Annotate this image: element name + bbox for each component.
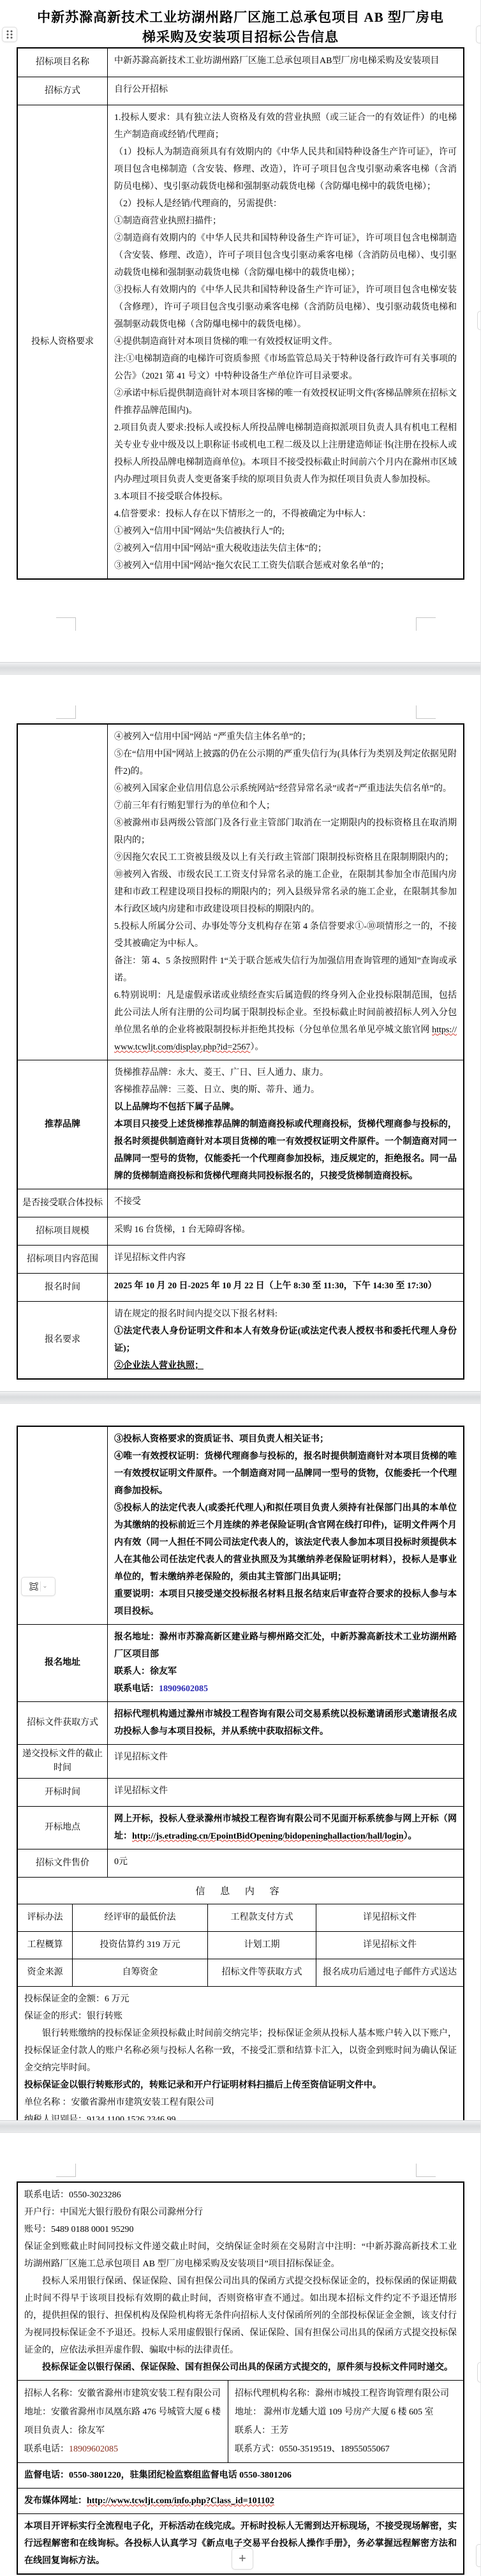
text-run: 项目负责人：徐友军 [24,2426,105,2436]
paragraph: ⑥被列入国家企业信用信息公示系统网站“经营异常名录”或者“严重违法失信名单”的。 [114,780,457,797]
paragraph: 联系电话：0550-3023286 [24,2187,457,2204]
paragraph: 自行公开招标 [114,81,457,98]
page-separator [0,1391,481,1404]
paragraph: 账号：5489 0188 0001 95290 [24,2221,457,2238]
row-content-cell: 网上开标，投标人登录滁州市城投工程咨询有限公司不见面开标系统参与网上开标（网址：… [108,1807,463,1849]
text-run: 4.信誉要求：投标人存在以下情形之一的，不得被确定为中标人： [114,509,371,519]
paragraph: 项目负责人：徐友军 [24,2422,221,2440]
text-run: 以上品牌均不包括下属子品牌。 [114,1103,239,1112]
text-run: ③投标人资格要求的资质证书、项目负责人相关证书； [114,1435,329,1444]
table-row: 招标文件获取方式招标代理机构通过滁州市城投工程咨询有限公司交易系统以投标邀请函形… [18,1701,463,1744]
row-label-cell: 招标文件售价 [18,1849,108,1877]
full-width-cell: 发布媒体网址：http://www.tcwljt.com/info.php?Cl… [18,2489,463,2513]
text-run: ③投标人有效期内的《中华人民共和国特种设备生产许可证》，许可项目包含电梯安装（含… [114,285,457,329]
text-run: 银行转账缴纳的投标保证金须投标截止时间前交纳完毕；投标保证金须从投标人基本账户转… [24,2029,457,2073]
row-content-cell: ④被列入“信用中国”网站 “严重失信主体名单”的；⑤在“信用中国”网站上披露的仍… [108,725,463,1060]
full-width-cell: 联系电话：0550-3023286开户行：中国光大银行股份有限公司滁州分行账号：… [18,2183,463,2380]
paragraph: 本项目只接受上述货梯推荐品牌的制造商投标或代理商投标，货梯代理商参与投标的，报名… [114,1116,457,1185]
paragraph: 1.投标人要求：具有独立法人资格及有效的营业执照（或三证合一的有效证件）的电梯生… [114,109,457,144]
info-label-cell: 评标办法 [18,1904,73,1931]
paragraph: 以上品牌均不包括下属子品牌。 [114,1099,457,1116]
text-run: 招标代理机构名称：滁州市城投工程咨询管理有限公司 [235,2389,449,2399]
paragraph: 投标保证金以银行保函、保证保险、国有担保公司出具的保函方式提交的，原件须与投标文… [24,2359,457,2376]
paragraph: 招标人名称：安徽省滁州市建筑安装工程有限公司 [24,2384,221,2403]
text-run: 招标代理机构通过滁州市城投工程咨询有限公司交易系统以投标邀请函形式邀请报名成功投… [114,1710,457,1736]
text-run: ①法定代表人身份证明文件和本人有效身份证(或法定代表人授权书和委托代理人身份证)… [114,1327,457,1353]
info-label-cell: 招标文件等获取方式 [208,1959,316,1986]
row-content-cell: 详见招标文件 [108,1779,463,1806]
table-row: 招标项目名称中新苏滁高新技术工业坊湖州路厂区施工总承包项目AB型厂房电梯采购及安… [18,49,463,77]
text-run: 1.投标人要求：具有独立法人资格及有效的营业执照（或三证合一的有效证件）的电梯生… [114,113,457,140]
table-row: 发布媒体网址：http://www.tcwljt.com/info.php?Cl… [18,2488,463,2513]
paragraph: ③投标人有效期内的《中华人民共和国特种设备生产许可证》，许可项目包含电梯安装（含… [114,282,457,333]
text-run: ）。 [404,1832,417,1841]
row-label-cell: 推荐品牌 [18,1060,108,1189]
paragraph: 不接受 [114,1193,457,1210]
agency-info-cell: 招标代理机构名称：滁州市城投工程咨询管理有限公司地址： 滁州市龙蟠大道 109 … [228,2381,463,2462]
paragraph: 采购 16 台货梯，1 台无障碍客梯。 [114,1221,457,1239]
table-row: 是否接受联合体投标不接受 [18,1189,463,1217]
document-title: 中新苏滁高新技术工业坊湖州路厂区施工总承包项目 AB 型厂房电梯采购及安装项目招… [36,0,445,47]
paragraph: 网上开标，投标人登录滁州市城投工程咨询有限公司不见面开标系统参与网上开标（网址：… [114,1811,457,1845]
margin-crop-mark [56,705,76,719]
paragraph: 联系电话：18909602085 [24,2440,221,2459]
paragraph: 0元 [114,1853,457,1871]
text-run: （1）投标人为制造商须具有有效期内的《中华人民共和国特种设备生产许可证》，许可项… [114,147,457,192]
text-run: ④被列入“信用中国”网站 “严重失信主体名单”的； [114,732,311,742]
table-row: 招标项目内容范围详见招标文件内容 [18,1245,463,1273]
paragraph: ①制造商营业执照扫描件； [114,213,457,230]
announcement-table: 招标项目名称中新苏滁高新技术工业坊湖州路厂区施工总承包项目AB型厂房电梯采购及安… [17,47,464,580]
announcement-table: 联系电话：0550-3023286开户行：中国光大银行股份有限公司滁州分行账号：… [17,2181,464,2575]
section-header: 信 息 内 容 [18,1878,463,1904]
paragraph: 2.项目负责人要求:投标人或投标人所投品牌电梯制造商拟派项目负责人具有机电工程相… [114,419,457,488]
url-text: http://www.tcwljt.com/info.php?Class_id=… [87,2496,274,2506]
info-value-cell: 详见招标文件 [316,1932,463,1959]
paragraph: ⑤在“信用中国”网站上披露的仍在公示期的严重失信行为(具体行为类别及判定依据见附… [114,746,457,780]
row-content-cell: 详见招标文件内容 [108,1246,463,1273]
text-run: 地址：安徽省滁州市凤凰东路 476 号城管大厦 6 楼 [24,2407,221,2417]
paragraph: ③被列入“信用中国”网站“拖欠农民工工资失信联合惩戒对象名单”的； [114,557,457,575]
table-row: 报名时间2025 年 10 月 20 日-2025 年 10 月 22 日（上午… [18,1273,463,1301]
info-value-cell: 经评审的最低价法 [73,1904,208,1931]
paragraph: 投标保证金的金额：6 万元 [24,1991,457,2008]
paragraph: ①法定代表人身份证明文件和本人有效身份证(或法定代表人授权书和委托代理人身份证)… [114,1323,457,1357]
side-toolbar-button-partial[interactable] [476,26,481,43]
row-label-cell: 招标文件获取方式 [18,1702,108,1744]
paragraph: 详见招标文件 [114,1782,457,1800]
paragraph: 备注：第 4、5 条按照附件 1“关于联合惩戒失信行为加强信用查询管理的通知”查… [114,953,457,987]
row-label-cell: 开标时间 [18,1779,108,1806]
url-text: http://js.etrading.cn/EpointBidOpening/b… [132,1832,404,1841]
text-run: 5.投标人所属分公司、办事处等分支机构存在第 4 条信誉要求①-⑩项情形之一的，… [114,922,457,949]
paragraph: 单位名称 ：安徽省滁州市建筑安装工程有限公司 [24,2094,457,2111]
text-run: 联系方式：0550-3519519、18955055067 [235,2444,390,2454]
paragraph: 详见招标文件内容 [114,1249,457,1267]
text-run: 不接受 [114,1197,141,1207]
text-run: 账号：5489 0188 0001 95290 [24,2225,134,2234]
row-label-cell [18,725,108,1060]
text-run: 投标人采用银行保函、保证保险、国有担保公司出具的保函方式提交投标保证金的，投标保… [24,2277,457,2355]
drag-dots-icon [6,29,13,40]
table-row: 投标保证金的金额：6 万元保证金的形式：银行转账银行转账缴纳的投标保证金须投标截… [18,1986,463,2120]
info-value-cell: 投资估算约 319 万元 [73,1932,208,1959]
text-run: 地址： 滁州市龙蟠大道 109 号房产大厦 6 楼 605 室 [235,2407,434,2417]
side-toolbar-button-partial[interactable] [477,311,481,330]
text-run: ⑥被列入国家企业信用信息公示系统网站“经营异常名录”或者“严重违法失信名单”的。 [114,784,452,794]
table-row: ④被列入“信用中国”网站 “严重失信主体名单”的；⑤在“信用中国”网站上披露的仍… [18,725,463,1060]
paragraph: 开户行：中国光大银行股份有限公司滁州分行 [24,2204,457,2221]
row-label-cell: 开标地点 [18,1807,108,1849]
row-content-cell: 中新苏滁高新技术工业坊湖州路厂区施工总承包项目AB型厂房电梯采购及安装项目 [108,49,463,77]
row-content-cell: 0元 [108,1849,463,1877]
text-run: ⑨因拖欠农民工工资被县级及以上有关行政主管部门限制投标资格且在限制期限内的； [114,853,454,862]
text-run: 保证金到账截止时间同投标文件递交截止时间，交纳保证金时须在交易附言中注明：“中新… [24,2242,457,2269]
text-run: 6.特别说明：凡是虚假承诺或业绩经查实后属造假的终身列入企业投标限制范围，包括此… [114,991,457,1035]
add-content-button[interactable]: + [232,2548,253,2570]
paragraph: 地址： 滁州市龙蟠大道 109 号房产大厦 6 楼 605 室 [235,2403,457,2422]
paragraph: ②企业法人营业执照； [114,1357,457,1375]
paragraph: 3.本项目不接受联合体投标。 [114,488,457,506]
announcement-table: ④被列入“信用中国”网站 “严重失信主体名单”的；⑤在“信用中国”网站上披露的仍… [17,723,464,1380]
paragraph: 报名地址：滁州市苏滁高新区建业路与柳州路交汇处，中新苏滁高新技术工业坊湖州路厂区… [114,1629,457,1663]
table-row: ③投标人资格要求的资质证书、项目负责人相关证书；④唯一有效授权证明：货梯代理商参… [18,1427,463,1624]
paragraph: （1）投标人为制造商须具有有效期内的《中华人民共和国特种设备生产许可证》，许可项… [114,144,457,195]
paragraph: ④提供制造商针对本项目货梯的唯一有效授权证明文件。 [114,333,457,350]
text-run: 联系人：徐友军 [114,1667,177,1676]
text-run: 联系人：王芳 [235,2426,288,2436]
page-separator [0,662,481,675]
info-label-cell: 计划工期 [208,1932,316,1959]
text-run: ⑧被滁州市县两级公管部门及各行业主管部门取消在一定期限内的投标资格且在取消期限内… [114,818,457,845]
text-run: 监督电话：0550-3801220，驻集团纪检监察组监督电话 0550-3801… [24,2471,292,2480]
row-content-cell: 不接受 [108,1189,463,1217]
info-value-cell: 自筹资金 [73,1959,208,1986]
text-run: 详见招标文件内容 [114,1253,186,1263]
text-run: 中新苏滁高新技术工业坊湖州路厂区施工总承包项目AB型厂房电梯采购及安装项目 [114,56,439,66]
paragraph: 2025 年 10 月 20 日-2025 年 10 月 22 日（上午 8:3… [114,1277,457,1295]
page-stack: 中新苏滁高新技术工业坊湖州路厂区施工总承包项目 AB 型厂房电梯采购及安装项目招… [0,0,480,2576]
paragraph: ④唯一有效授权证明：货梯代理商参与投标的，报名时提供制造商针对本项目货梯的唯一有… [114,1448,457,1500]
table-row: 推荐品牌货梯推荐品牌：永大、菱王、广日、巨人通力、康力。客梯推荐品牌：三菱、日立… [18,1060,463,1189]
text-run: ②承诺中标后提供制造商针对本项目客梯的唯一有效授权证明文件(客梯品牌须在招标文件… [114,389,457,416]
paragraph: ①被列入“信用中国”网站“失信被执行人”的; [114,523,457,540]
text-run: 投标保证金以银行转账形式的，转账记录和开户行证明材料扫描后上传至资信证明文件中。 [24,2081,381,2090]
text-run: 投标保证金的金额：6 万元 [24,1994,129,2004]
paragraph: 联系人：王芳 [235,2422,457,2440]
row-label-cell: 招标项目规模 [18,1217,108,1245]
table-row: 递交投标文件的截止时间详见招标文件 [18,1744,463,1778]
paragraph: （2）投标人是经销/代理商的，另需提供： [114,195,457,213]
text-run: 联系电话： [114,1684,159,1694]
tenderer-info-cell: 招标人名称：安徽省滁州市建筑安装工程有限公司地址：安徽省滁州市凤凰东路 476 … [18,2381,228,2462]
paragraph: 保证金到账截止时间同投标文件递交截止时间，交纳保证金时须在交易附言中注明：“中新… [24,2238,457,2273]
paragraph: 保证金的形式：银行转账 [24,2008,457,2025]
paragraph: 4.信誉要求：投标人存在以下情形之一的，不得被确定为中标人： [114,506,457,523]
paragraph: 重要说明：本项目只接受递交投标报名材料且报名结束后审查符合要求的投标人参与本项目… [114,1586,457,1620]
text-run: 货梯推荐品牌：永大、菱王、广日、巨人通力、康力。 [114,1068,329,1078]
row-content-cell: 详见招标文件 [108,1745,463,1778]
paragraph: ④被列入“信用中国”网站 “严重失信主体名单”的； [114,728,457,746]
text-run: 2025 年 10 月 20 日-2025 年 10 月 22 日（上午 8:3… [114,1281,437,1291]
table-row: 资金来源自筹资金招标文件等获取方式报名成功后通过电子邮件方式送达 [18,1959,463,1986]
text-run: 本项目只接受上述货梯推荐品牌的制造商投标或代理商投标，货梯代理商参与投标的，报名… [114,1120,457,1181]
paragraph: 详见招标文件 [114,1749,457,1766]
table-row: 信 息 内 容 [18,1877,463,1904]
row-content-cell: 2025 年 10 月 20 日-2025 年 10 月 22 日（上午 8:3… [108,1274,463,1301]
margin-crop-mark [56,2164,76,2177]
paragraph: 监督电话：0550-3801220，驻集团纪检监察组监督电话 0550-3801… [24,2467,457,2484]
table-row: 报名要求请在规定的报名时间内提交以下报名材料:①法定代表人身份证明文件和本人有效… [18,1301,463,1378]
text-run: ②制造商有效期内的《中华人民共和国特种设备生产许可证》，许可项目包含电梯制造（含… [114,234,457,278]
page-separator [0,2120,481,2133]
row-content-cell: 货梯推荐品牌：永大、菱王、广日、巨人通力、康力。客梯推荐品牌：三菱、日立、奥的斯… [108,1060,463,1189]
row-content-cell: 1.投标人要求：具有独立法人资格及有效的营业执照（或三证合一的有效证件）的电梯生… [108,105,463,578]
announcement-table: ③投标人资格要求的资质证书、项目负责人相关证书；④唯一有效授权证明：货梯代理商参… [17,1426,464,2120]
text-run: 0元 [114,1857,128,1867]
row-content-cell: 招标代理机构通过滁州市城投工程咨询有限公司交易系统以投标邀请函形式邀请报名成功投… [108,1702,463,1744]
text-run: ⑤投标人的法定代表人(或委托代理人)和拟任项目负责人须持有社保部门出具的本单位为… [114,1503,457,1582]
row-label-cell: 招标项目名称 [18,49,108,77]
row-label-cell: 报名时间 [18,1274,108,1301]
paragraph: 联系方式：0550-3519519、18955055067 [235,2440,457,2459]
text-run: 客梯推荐品牌：三菱、日立、奥的斯、蒂升、通力。 [114,1085,320,1095]
info-value-cell: 报名成功后通过电子邮件方式送达 [316,1959,463,1986]
text-run: （2）投标人是经销/代理商的，另需提供： [114,199,282,209]
margin-crop-mark [56,617,76,631]
margin-crop-mark [416,617,436,631]
paragraph: ③投标人资格要求的资质证书、项目负责人相关证书； [114,1431,457,1448]
info-label-cell: 工程概算 [18,1932,73,1959]
table-frame-icon [29,1581,39,1592]
text-run: 备注：第 4、5 条按照附件 1“关于联合惩戒失信行为加强信用查询管理的通知”查… [114,956,457,983]
row-label-cell: 招标项目内容范围 [18,1246,108,1273]
text-run: ④提供制造商针对本项目货梯的唯一有效授权证明文件。 [114,337,337,347]
text-run: ②企业法人营业执照； [114,1361,204,1371]
table-row: 招标人名称：安徽省滁州市建筑安装工程有限公司地址：安徽省滁州市凤凰东路 476 … [18,2380,463,2462]
paragraph: 联系人：徐友军 [114,1663,457,1680]
table-row: 联系电话：0550-3023286开户行：中国光大银行股份有限公司滁州分行账号：… [18,2183,463,2380]
paragraph: ②承诺中标后提供制造商针对本项目客梯的唯一有效授权证明文件(客梯品牌须在招标文件… [114,385,457,419]
row-label-cell: 报名地址 [18,1625,108,1701]
text-run: ②被列入“信用中国”网站“重大税收违法失信主体”的； [114,544,327,554]
paragraph: ⑩被列入省级、市级农民工工资支付异常名录的施工企业，在限制其参加全市范围内房建和… [114,866,457,918]
text-run: 注:①电梯制造商的电梯许可资质参照《市场监管总局关于特种设备行政许可有关事项的公… [114,354,457,381]
paragraph: ②被列入“信用中国”网站“重大税收违法失信主体”的； [114,540,457,557]
doc-page: ③投标人资格要求的资质证书、项目负责人相关证书；④唯一有效授权证明：货梯代理商参… [0,1404,481,2120]
text-run: 报名地址：滁州市苏滁高新区建业路与柳州路交汇处，中新苏滁高新技术工业坊湖州路厂区… [114,1632,457,1659]
info-label-cell: 工程款支付方式 [208,1904,316,1931]
divider [40,1581,41,1592]
row-content-cell: ③投标人资格要求的资质证书、项目负责人相关证书；④唯一有效授权证明：货梯代理商参… [108,1427,463,1624]
paragraph: 招标代理机构名称：滁州市城投工程咨询管理有限公司 [235,2384,457,2403]
table-row: 评标办法经评审的最低价法工程款支付方式详见招标文件 [18,1904,463,1931]
paragraph: 注:①电梯制造商的电梯许可资质参照《市场监管总局关于特种设备行政许可有关事项的公… [114,350,457,385]
text-run: ⑤在“信用中国”网站上披露的仍在公示期的严重失信行为(具体行为类别及判定依据见附… [114,749,457,776]
row-label-cell: 是否接受联合体投标 [18,1189,108,1217]
table-row: 开标地点网上开标，投标人登录滁州市城投工程咨询有限公司不见面开标系统参与网上开标… [18,1806,463,1849]
table-row: 投标人资格要求1.投标人要求：具有独立法人资格及有效的营业执照（或三证合一的有效… [18,105,463,578]
text-run: 保证金的形式：银行转账 [24,2012,122,2021]
paragraph: 地址：安徽省滁州市凤凰东路 476 号城管大厦 6 楼 [24,2403,221,2422]
row-label-cell: 报名要求 [18,1302,108,1378]
margin-crop-mark [416,705,436,719]
doc-page: ④被列入“信用中国”网站 “严重失信主体名单”的；⑤在“信用中国”网站上披露的仍… [0,675,481,1391]
paragraph: 投标保证金以银行转账形式的，转账记录和开户行证明材料扫描后上传至资信证明文件中。 [24,2077,457,2094]
text-run: 联系电话：0550-3023286 [24,2190,121,2200]
text-run: 重要说明：本项目只接受递交投标报名材料且报名结束后审查符合要求的投标人参与本项目… [114,1590,457,1616]
row-label-cell: 投标人资格要求 [18,105,108,578]
text-run: 请在规定的报名时间内提交以下报名材料: [114,1309,277,1319]
margin-crop-mark [416,2164,436,2177]
table-row: 招标项目规模采购 16 台货梯，1 台无障碍客梯。 [18,1217,463,1245]
document-viewer: 中新苏滁高新技术工业坊湖州路厂区施工总承包项目 AB 型厂房电梯采购及安装项目招… [0,0,481,2576]
table-row: 开标时间详见招标文件 [18,1778,463,1806]
text-run: 发布媒体网址： [24,2496,87,2506]
row-content-cell: 采购 16 台货梯，1 台无障碍客梯。 [108,1217,463,1245]
paragraph: ⑨因拖欠农民工工资被县级及以上有关行政主管部门限制投标资格且在限制期限内的； [114,849,457,866]
doc-page: 联系电话：0550-3023286开户行：中国光大银行股份有限公司滁州分行账号：… [0,2133,481,2576]
text-run: ④唯一有效授权证明：货梯代理商参与投标的，报名时提供制造商针对本项目货梯的唯一有… [114,1452,457,1496]
paragraph: 投标人采用银行保函、保证保险、国有担保公司出具的保函方式提交投标保证金的，投标保… [24,2273,457,2359]
paragraph: 中新苏滁高新技术工业坊湖州路厂区施工总承包项目AB型厂房电梯采购及安装项目 [114,52,457,70]
drag-handle-button[interactable] [2,27,17,42]
text-run: ①被列入“信用中国”网站“失信被执行人”的; [114,527,285,536]
text-run: 招标人名称：安徽省滁州市建筑安装工程有限公司 [24,2389,221,2399]
text-run: 详见招标文件 [114,1786,168,1796]
paragraph: 5.投标人所属分公司、办事处等分支机构存在第 4 条信誉要求①-⑩项情形之一的，… [114,918,457,953]
paragraph: ⑦前三年有行贿犯罪行为的单位和个人； [114,797,457,815]
text-run: 详见招标文件 [114,1752,168,1762]
paragraph: 客梯推荐品牌：三菱、日立、奥的斯、蒂升、通力。 [114,1081,457,1099]
text-run: ⑦前三年有行贿犯罪行为的单位和个人； [114,801,275,811]
row-content-cell: 自行公开招标 [108,77,463,105]
row-label-cell: 招标方式 [18,77,108,105]
text-run: 采购 16 台货梯，1 台无障碍客梯。 [114,1225,251,1235]
text-run: ③被列入“信用中国”网站“拖欠农民工工资失信联合惩戒对象名单”的； [114,561,389,571]
text-run: 单位名称 ：安徽省滁州市建筑安装工程有限公司 [24,2098,214,2107]
paragraph: 联系电话：18909602085 [114,1680,457,1698]
side-toolbar-button-partial[interactable] [476,2544,481,2567]
paragraph: ②制造商有效期内的《中华人民共和国特种设备生产许可证》，许可项目包含电梯制造（含… [114,230,457,282]
paragraph: 6.特别说明：凡是虚假承诺或业绩经查实后属造假的终身列入企业投标限制范围，包括此… [114,987,457,1056]
paragraph: 银行转账缴纳的投标保证金须投标截止时间前交纳完毕；投标保证金须从投标人基本账户转… [24,2025,457,2077]
paragraph: 招标代理机构通过滁州市城投工程咨询有限公司交易系统以投标邀请函形式邀请报名成功投… [114,1706,457,1740]
paragraph: 纳税人识别号：9134 1100 1526 2346 99 [24,2111,457,2120]
text-run: 投标保证金以银行保函、保证保险、国有担保公司出具的保函方式提交的，原件须与投标文… [42,2363,453,2372]
full-width-cell: 投标保证金的金额：6 万元保证金的形式：银行转账银行转账缴纳的投标保证金须投标截… [18,1987,463,2120]
table-row: 招标方式自行公开招标 [18,77,463,105]
paragraph: 请在规定的报名时间内提交以下报名材料: [114,1306,457,1323]
paragraph: 发布媒体网址：http://www.tcwljt.com/info.php?Cl… [24,2492,457,2510]
doc-page: 中新苏滁高新技术工业坊湖州路厂区施工总承包项目 AB 型厂房电梯采购及安装项目招… [0,0,481,662]
chevron-down-icon: ⌄ [42,1583,47,1590]
text-run: 纳税人识别号：9134 1100 1526 2346 99 [24,2115,175,2120]
full-width-cell: 监督电话：0550-3801220，驻集团纪检监察组监督电话 0550-3801… [18,2463,463,2488]
text-run: 自行公开招标 [114,85,168,94]
row-content-cell: 请在规定的报名时间内提交以下报名材料:①法定代表人身份证明文件和本人有效身份证(… [108,1302,463,1378]
text-run: 联系电话： [24,2444,69,2454]
row-label-cell: 递交投标文件的截止时间 [18,1745,108,1778]
text-run: 开户行：中国光大银行股份有限公司滁州分行 [24,2208,203,2217]
table-select-tool-button[interactable]: ⌄ [21,1577,56,1596]
info-label-cell: 资金来源 [18,1959,73,1986]
side-toolbar-button-partial[interactable] [477,2362,481,2383]
table-row: 监督电话：0550-3801220，驻集团纪检监察组监督电话 0550-3801… [18,2462,463,2488]
text-run: 18909602085 [69,2444,118,2454]
table-row: 工程概算投资估算约 319 万元计划工期详见招标文件 [18,1931,463,1959]
paragraph: 货梯推荐品牌：永大、菱王、广日、巨人通力、康力。 [114,1064,457,1081]
table-row: 报名地址报名地址：滁州市苏滁高新区建业路与柳州路交汇处，中新苏滁高新技术工业坊湖… [18,1624,463,1701]
row-content-cell: 报名地址：滁州市苏滁高新区建业路与柳州路交汇处，中新苏滁高新技术工业坊湖州路厂区… [108,1625,463,1701]
text-run: ）。 [250,1043,263,1052]
text-run: 3.本项目不接受联合体投标。 [114,492,228,502]
paragraph: ⑧被滁州市县两级公管部门及各行业主管部门取消在一定期限内的投标资格且在取消期限内… [114,815,457,849]
text-run: 2.项目负责人要求:投标人或投标人所投品牌电梯制造商拟派项目负责人具有机电工程相… [114,423,457,485]
info-value-cell: 详见招标文件 [316,1904,463,1931]
table-row: 招标文件售价0元 [18,1849,463,1877]
text-run: 18909602085 [159,1684,208,1694]
text-run: ①制造商营业执照扫描件； [114,216,221,226]
text-run: ⑩被列入省级、市级农民工工资支付异常名录的施工企业，在限制其参加全市范围内房建和… [114,870,457,914]
paragraph: ⑤投标人的法定代表人(或委托代理人)和拟任项目负责人须持有社保部门出具的本单位为… [114,1500,457,1586]
